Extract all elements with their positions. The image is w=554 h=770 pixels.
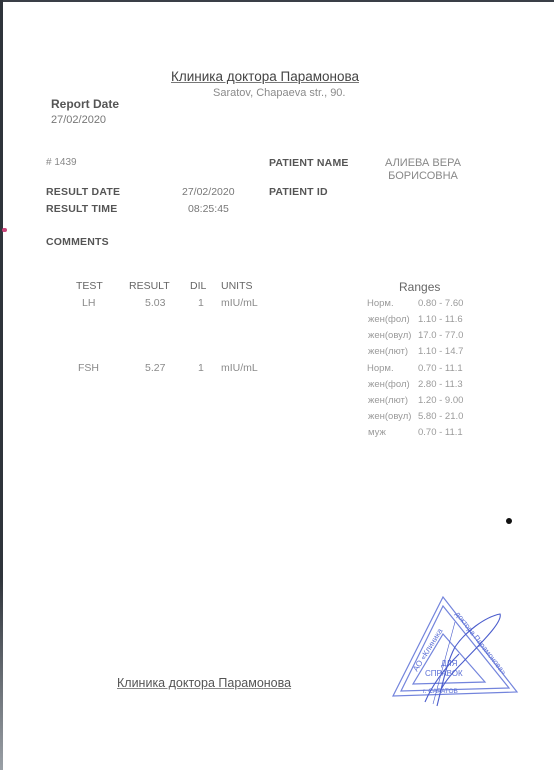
patient-name-label: PATIENT NAME [269, 157, 349, 169]
clinic-address: Saratov, Chapaeva str., 90. [213, 87, 345, 99]
fsh-range-label: жен(лют) [368, 395, 408, 406]
scan-edge-left [0, 0, 3, 770]
fsh-range-value: 1.20 - 9.00 [418, 395, 463, 406]
lh-range-label: жен(овул) [368, 330, 411, 341]
footer-clinic-name: Клиника доктора Парамонова [117, 676, 291, 690]
lh-range-value: 0.80 - 7.60 [418, 298, 463, 309]
ink-dot [506, 518, 512, 524]
row-lh-units: mIU/mL [221, 297, 258, 309]
clinic-title: Клиника доктора Парамонова [171, 69, 359, 84]
result-date-label: RESULT DATE [46, 186, 120, 198]
patient-name-line1: АЛИЕВА ВЕРА [385, 157, 461, 170]
lh-range-value: 1.10 - 14.7 [418, 346, 463, 357]
fsh-range-value: 0.70 - 11.1 [418, 427, 463, 438]
lh-range-label: жен(фол) [368, 314, 410, 325]
patient-id-label: PATIENT ID [269, 186, 328, 198]
col-header-test: TEST [76, 280, 103, 292]
lh-range-label: жен(лют) [368, 346, 408, 357]
result-date-value: 27/02/2020 [182, 186, 235, 198]
order-number: # 1439 [46, 157, 77, 168]
col-header-result: RESULT [129, 280, 170, 292]
report-date-value: 27/02/2020 [51, 114, 106, 126]
scan-edge-top [0, 0, 554, 2]
row-lh-test: LH [82, 297, 95, 309]
patient-name-value: АЛИЕВА ВЕРА БОРИСОВНА [385, 157, 461, 183]
result-time-label: RESULT TIME [46, 203, 117, 215]
lh-range-label: Норм. [367, 298, 394, 309]
lh-range-value: 17.0 - 77.0 [418, 330, 463, 341]
row-lh-result: 5.03 [145, 297, 165, 309]
col-header-units: UNITS [221, 280, 253, 292]
fsh-range-label: жен(фол) [368, 379, 410, 390]
clinic-stamp-icon: АО «Клиника доктора Парамонова» ДЛЯ СПРА… [385, 592, 525, 707]
row-fsh-units: mIU/mL [221, 362, 258, 374]
row-fsh-test: FSH [78, 362, 99, 374]
comments-label: COMMENTS [46, 236, 109, 248]
col-header-dil: DIL [190, 280, 206, 292]
fsh-range-value: 0.70 - 11.1 [418, 363, 463, 374]
lh-range-value: 1.10 - 11.6 [418, 314, 463, 325]
result-time-value: 08:25:45 [188, 203, 229, 215]
row-fsh-result: 5.27 [145, 362, 165, 374]
fsh-range-value: 5.80 - 21.0 [418, 411, 463, 422]
fsh-range-label: Норм. [367, 363, 394, 374]
ink-mark [2, 228, 7, 232]
fsh-range-label: муж [368, 427, 386, 438]
fsh-range-value: 2.80 - 11.3 [418, 379, 463, 390]
fsh-range-label: жен(овул) [368, 411, 411, 422]
col-header-ranges: Ranges [399, 280, 440, 294]
report-date-label: Report Date [51, 97, 119, 111]
row-lh-dil: 1 [198, 297, 204, 309]
row-fsh-dil: 1 [198, 362, 204, 374]
patient-name-line2: БОРИСОВНА [385, 170, 461, 183]
